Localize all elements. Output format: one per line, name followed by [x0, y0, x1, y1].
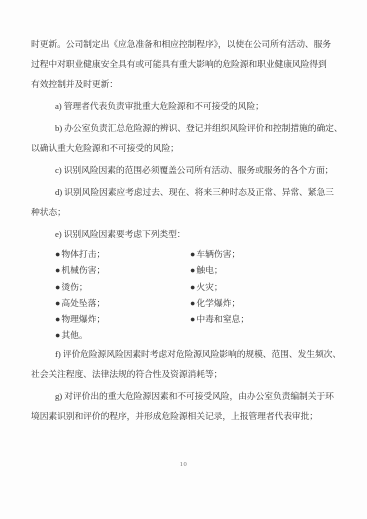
paragraph: e) 识别风险因素要考虑下列类型：	[31, 224, 336, 244]
bullet-item: ●火灾；	[190, 279, 223, 295]
bullet-icon: ●	[190, 311, 195, 327]
bullet-row: ●物理爆炸；●中毒和窒息；	[31, 311, 336, 327]
bullet-item: ●中毒和窒息；	[190, 311, 249, 327]
bullet-item-label: 高处坠落；	[61, 298, 105, 308]
bullet-row: ●高处坠落；●化学爆炸；	[31, 295, 336, 311]
bullet-icon: ●	[55, 295, 60, 311]
bullet-icon: ●	[55, 262, 60, 278]
bullet-item: ●物理爆炸；	[55, 311, 190, 327]
text-line: 过程中对职业健康安全具有或可能具有重大影响的危险源和职业健康风险得到	[31, 54, 336, 74]
bullet-row: ●其他。	[31, 327, 336, 343]
bullet-item-label: 机械伤害；	[61, 265, 105, 275]
bullet-row: ●烫伤；●火灾；	[31, 279, 336, 295]
bullet-icon: ●	[55, 246, 60, 262]
bullet-row: ●物体打击；●车辆伤害；	[31, 246, 336, 262]
text-line: c) 识别风险因素的范围必须覆盖公司所有活动、服务或服务的各个方面；	[31, 160, 336, 180]
bullet-item: ●机械伤害；	[55, 262, 190, 278]
bullet-item: ●车辆伤害；	[190, 246, 240, 262]
text-line: d) 识别风险因素应考虑过去、现在、将来三种时态及正常、异常、紧急三	[31, 182, 336, 202]
text-line: 社会关注程度、法律法规的符合性及资源消耗等；	[31, 364, 336, 384]
bullet-row: ●机械伤害；●触电；	[31, 262, 336, 278]
text-line: a) 管理者代表负责审批重大危险源和不可接受的风险；	[31, 96, 336, 116]
bullet-item: ●化学爆炸；	[190, 295, 240, 311]
text-line: 种状态；	[31, 202, 336, 222]
page-number: 10	[0, 461, 367, 468]
text-line: 以确认重大危险源和不可接受的风险；	[31, 138, 336, 158]
paragraph: a) 管理者代表负责审批重大危险源和不可接受的风险；	[31, 96, 336, 116]
bullet-icon: ●	[55, 327, 60, 343]
bullet-item-label: 烫伤；	[61, 282, 87, 292]
text-line: b) 办公室负责汇总危险源的辨识、登记并组织风险评价和控制措施的确定、	[31, 118, 336, 138]
paragraph: b) 办公室负责汇总危险源的辨识、登记并组织风险评价和控制措施的确定、以确认重大…	[31, 118, 336, 158]
bullet-item: ●物体打击；	[55, 246, 190, 262]
bullet-icon: ●	[55, 311, 60, 327]
bullet-item-label: 物理爆炸；	[61, 314, 105, 324]
text-line: 有效控制并及时更新：	[31, 74, 336, 94]
bullet-item-label: 火灾；	[196, 282, 222, 292]
bullet-icon: ●	[190, 279, 195, 295]
bullet-item: ●高处坠落；	[55, 295, 190, 311]
bullet-item-label: 化学爆炸；	[196, 298, 240, 308]
paragraph: c) 识别风险因素的范围必须覆盖公司所有活动、服务或服务的各个方面；	[31, 160, 336, 180]
bullet-icon: ●	[190, 262, 195, 278]
paragraph: g) 对评价出的重大危险源因素和不可接受风险，由办公室负责编制关于环境因素识别和…	[31, 386, 336, 426]
bullet-icon: ●	[190, 295, 195, 311]
text-line: f) 评价危险源风险因素时考虑对危险源风险影响的规模、范围、发生频次、	[31, 344, 336, 364]
bullet-item: ●烫伤；	[55, 279, 190, 295]
text-line: e) 识别风险因素要考虑下列类型：	[31, 224, 336, 244]
bullet-item-label: 中毒和窒息；	[196, 314, 249, 324]
bullet-item: ●其他。	[55, 327, 190, 343]
text-line: 时更新。公司制定出《应急准备和相应控制程序》，以使在公司所有活动、服务	[31, 34, 336, 54]
document-page: 时更新。公司制定出《应急准备和相应控制程序》，以使在公司所有活动、服务过程中对职…	[0, 0, 367, 519]
bullet-item-label: 物体打击；	[61, 249, 105, 259]
paragraph: 时更新。公司制定出《应急准备和相应控制程序》，以使在公司所有活动、服务过程中对职…	[31, 34, 336, 94]
text-line: 境因素识别和评价的程序，并形成危险源相关记录，上报管理者代表审批；	[31, 406, 336, 426]
bullet-list: ●物体打击；●车辆伤害；●机械伤害；●触电；●烫伤；●火灾；●高处坠落；●化学爆…	[31, 246, 336, 344]
document-body: 时更新。公司制定出《应急准备和相应控制程序》，以使在公司所有活动、服务过程中对职…	[31, 34, 336, 426]
bullet-item-label: 车辆伤害；	[196, 249, 240, 259]
paragraph: f) 评价危险源风险因素时考虑对危险源风险影响的规模、范围、发生频次、社会关注程…	[31, 344, 336, 384]
bullet-item-label: 其他。	[61, 330, 87, 340]
bullet-icon: ●	[55, 279, 60, 295]
text-line: g) 对评价出的重大危险源因素和不可接受风险，由办公室负责编制关于环	[31, 386, 336, 406]
paragraph: d) 识别风险因素应考虑过去、现在、将来三种时态及正常、异常、紧急三种状态；	[31, 182, 336, 222]
bullet-icon: ●	[190, 246, 195, 262]
bullet-item: ●触电；	[190, 262, 223, 278]
bullet-item-label: 触电；	[196, 265, 222, 275]
